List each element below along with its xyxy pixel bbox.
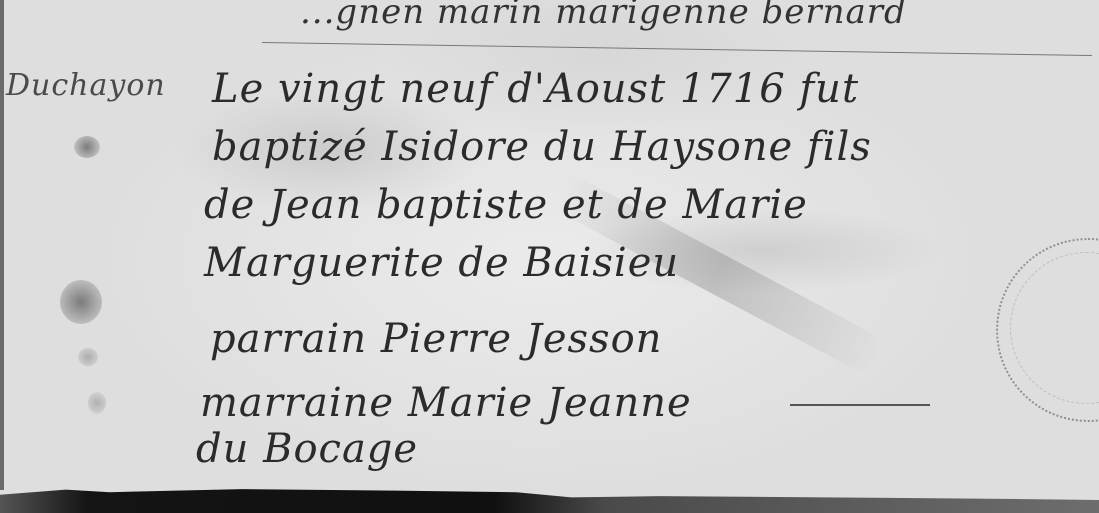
ink-stain [74, 136, 100, 158]
previous-entry-tail: ...gnen marin marigenne bernard [300, 0, 907, 32]
register-page: ...gnen marin marigenne bernard Duchayon… [0, 0, 1099, 513]
entry-line-5: parrain Pierre Jesson [210, 316, 662, 362]
margin-surname: Duchayon [6, 68, 166, 103]
entry-line-4: Marguerite de Baisieu [204, 240, 679, 286]
entry-separator-line [262, 42, 1092, 56]
entry-line-2: baptizé Isidore du Haysone fils [212, 124, 872, 170]
page-left-edge [0, 0, 4, 490]
ink-stain [78, 348, 98, 366]
entry-line-3: de Jean baptiste et de Marie [204, 182, 808, 228]
entry-line-1: Le vingt neuf d'Aoust 1716 fut [212, 66, 859, 112]
torn-bottom-edge [0, 487, 1099, 513]
entry-line-7: du Bocage [196, 426, 418, 472]
entry-line-6: marraine Marie Jeanne [200, 380, 692, 426]
ink-stain [60, 280, 102, 324]
ink-stain [88, 392, 106, 414]
line-filler-dash [790, 404, 930, 406]
